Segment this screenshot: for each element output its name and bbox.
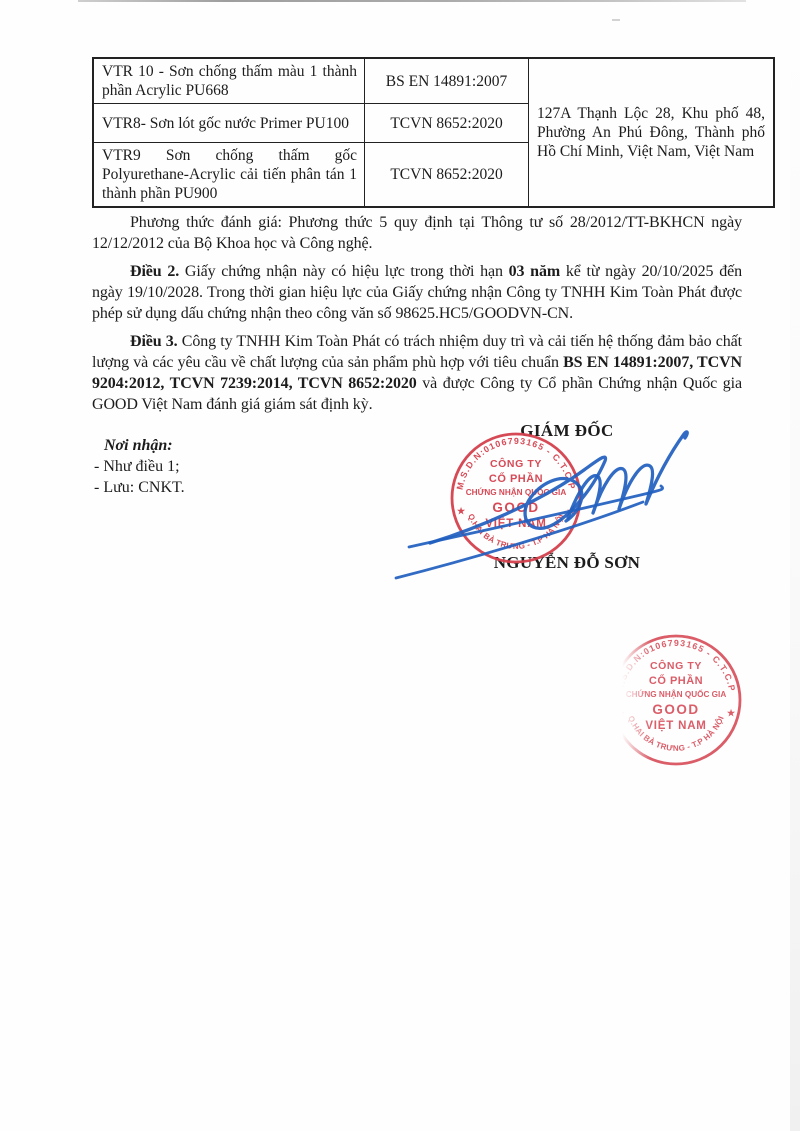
product-cell: VTR9 Sơn chống thấm gốc Polyurethane-Acr…: [93, 143, 365, 208]
recipients-title: Nơi nhận:: [94, 435, 185, 456]
standard-cell: BS EN 14891:2007: [365, 58, 529, 104]
signer-position-title: GIÁM ĐỐC: [452, 421, 682, 441]
dieu-2-label: Điều 2.: [130, 263, 179, 280]
product-standard-table: VTR 10 - Sơn chống thấm màu 1 thành phần…: [92, 57, 775, 208]
scan-edge-band: [790, 0, 800, 1131]
paragraph-method: Phương thức đánh giá: Phương thức 5 quy …: [92, 212, 742, 254]
dieu-3-label: Điều 3.: [130, 333, 178, 350]
product-cell: VTR8- Sơn lót gốc nước Primer PU100: [93, 104, 365, 143]
standard-cell: TCVN 8652:2020: [365, 104, 529, 143]
paragraph-dieu-2: Điều 2. Giấy chứng nhận này có hiệu lực …: [92, 261, 742, 324]
scan-edge-line: [78, 0, 746, 2]
standard-cell: TCVN 8652:2020: [365, 143, 529, 208]
dieu-2-text: Giấy chứng nhận này có hiệu lực trong th…: [179, 263, 509, 280]
recipients-item: - Lưu: CNKT.: [94, 477, 185, 498]
paragraph-dieu-3: Điều 3. Công ty TNHH Kim Toàn Phát có tr…: [92, 331, 742, 415]
dieu-2-bold-term: 03 năm: [509, 263, 560, 280]
good-vietnam-round-stamp: [452, 434, 580, 562]
product-cell: VTR 10 - Sơn chống thấm màu 1 thành phần…: [93, 58, 365, 104]
recipients-block: Nơi nhận: - Như điều 1; - Lưu: CNKT.: [94, 435, 185, 498]
scanned-certificate-page: { "table": { "rows": [ {"product": "VTR …: [0, 0, 800, 1131]
signer-name: NGUYỄN ĐỖ SƠN: [452, 553, 682, 573]
address-cell: 127A Thạnh Lộc 28, Khu phố 48, Phường An…: [529, 58, 775, 207]
recipients-item: - Như điều 1;: [94, 456, 185, 477]
good-vietnam-round-stamp-partial: [612, 636, 740, 764]
table-row: VTR 10 - Sơn chống thấm màu 1 thành phần…: [93, 58, 774, 104]
scan-artifact: [612, 19, 620, 21]
body-paragraphs: Phương thức đánh giá: Phương thức 5 quy …: [92, 212, 742, 422]
